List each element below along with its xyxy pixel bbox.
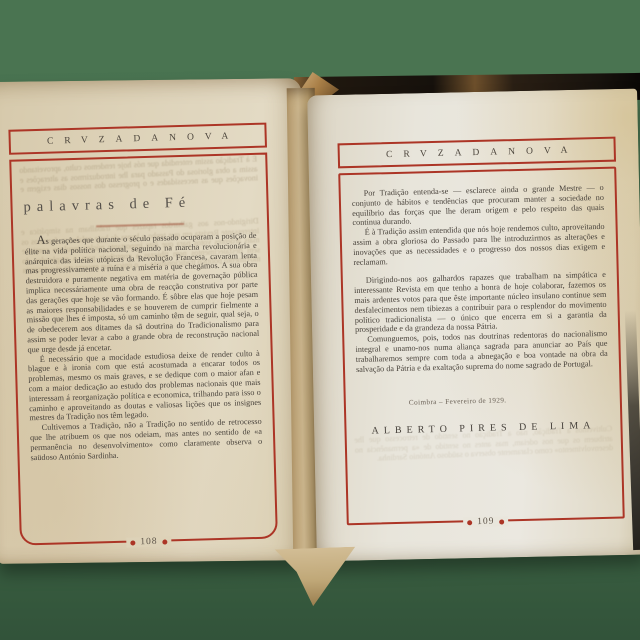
right-text-block: Cultivemos a Tradição, não a Tradição no…	[338, 167, 625, 526]
body-paragraph: As gerações que durante o século passado…	[24, 230, 259, 355]
left-page-number: 108	[126, 536, 172, 547]
running-head-text: CRVZADANOVA	[375, 145, 579, 160]
ornament-dot	[499, 519, 504, 524]
right-running-head-box: CRVZADANOVA	[337, 137, 616, 169]
body-paragraph: Comunguemos, pois, todos nas doutrinas r…	[355, 329, 608, 374]
running-head-text: CRVZADANOVA	[36, 131, 240, 147]
left-page: CRVZADANOVA É à Tradição assim entendida…	[0, 78, 307, 564]
bleed-through-text: É à Tradição assim entendida que nós hoj…	[19, 154, 258, 196]
ornament-dot	[130, 540, 135, 545]
dateline: Coimbra – Fevereiro de 1929.	[409, 394, 609, 407]
article-title: palavras de Fé	[23, 193, 255, 216]
body-paragraph: É necessário que a mocidade estudiosa de…	[28, 348, 262, 423]
body-paragraph: Cultivemos a Tradição, não a Tradição no…	[30, 417, 263, 463]
left-text-block: É à Tradição assim entendida que nós hoj…	[9, 153, 278, 546]
ornament-dot	[163, 539, 168, 544]
bleed-through-underline	[96, 223, 184, 227]
body-paragraph: Por Tradição entenda-se — esclarece aind…	[352, 183, 605, 228]
author-signature: ALBERTO PIRES DE LIMA	[357, 420, 609, 437]
ornament-dot	[467, 520, 472, 525]
left-running-head-box: CRVZADANOVA	[8, 123, 267, 155]
left-page-printed-frame: CRVZADANOVA É à Tradição assim entendida…	[8, 123, 278, 546]
photo-background: CRVZADANOVA É à Tradição assim entendida…	[0, 0, 640, 640]
page-number-text: 108	[140, 537, 158, 547]
page-number-text: 109	[477, 517, 494, 527]
right-page-printed-frame: CRVZADANOVA Cultivemos a Tradição, não a…	[337, 137, 624, 526]
right-page-number: 109	[463, 516, 508, 527]
body-paragraph: É à Tradição assim entendida que nós hoj…	[353, 222, 606, 267]
body-paragraph: Dirigindo-nos aos galhardos rapazes que …	[354, 270, 607, 335]
right-page: CRVZADANOVA Cultivemos a Tradição, não a…	[307, 89, 640, 562]
